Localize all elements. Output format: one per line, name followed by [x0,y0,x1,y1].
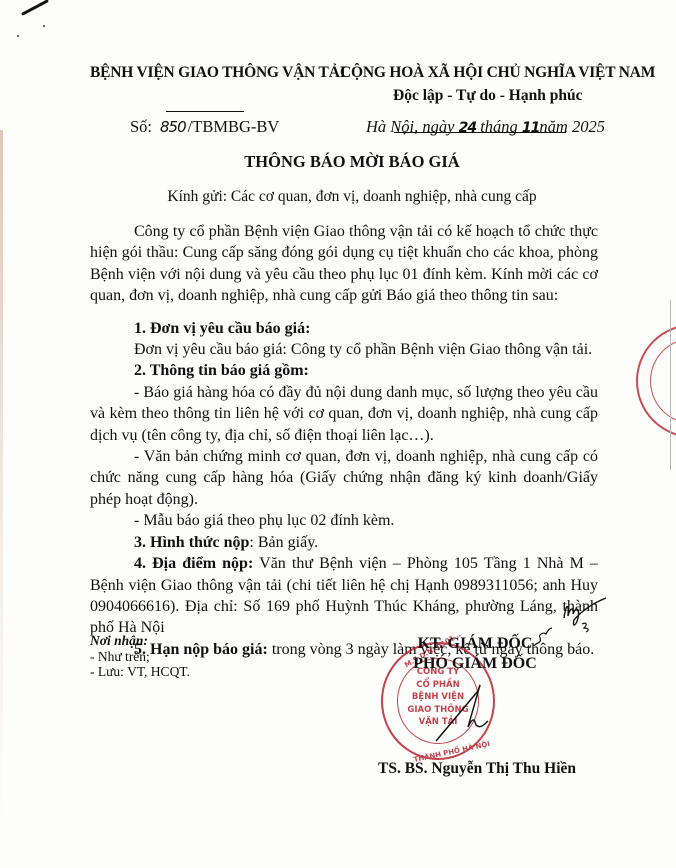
document-number-value: 850 [160,118,186,136]
place-prefix: Hà Nội, ngày [366,117,454,136]
pen-mark [21,0,49,16]
section-2-item: - Mẫu báo giá theo phụ lục 02 đính kèm. [90,510,598,531]
signature-block: KT. GIÁM ĐỐC PHÓ GIÁM ĐỐC [370,634,580,674]
issuing-organization: BỆNH VIỆN GIAO THÔNG VẬN TẢI [90,64,346,82]
section-2-item: - Báo giá hàng hóa có đầy đủ nội dung da… [90,382,598,446]
section-3: 3. Hình thức nộp: Bản giấy. [90,532,598,553]
signature-title-1: KT. GIÁM ĐỐC [370,634,580,654]
country-name: CỘNG HOÀ XÃ HỘI CHỦ NGHĨA VIỆT NAM [340,64,655,82]
recipient-item: - Lưu: VT, HCQT. [90,664,190,680]
section-2-item: - Văn bản chứng minh cơ quan, đơn vị, do… [90,446,598,510]
handwritten-signature [430,665,520,745]
place-date: Hà Nội, ngày 24 tháng 11năm 2025 [366,117,605,137]
national-motto: Độc lập - Tự do - Hạnh phúc [393,87,582,105]
section-2-heading: 2. Thông tin báo giá gồm: [90,360,598,381]
document-title: THÔNG BÁO MỜI BÁO GIÁ [0,152,676,172]
recipients-label: Nơi nhận: [90,633,190,649]
signer-name: TS. BS. Nguyễn Thị Thu Hiền [378,760,576,778]
recipient-item: - Như trên; [90,649,190,665]
signature-title-2: PHÓ GIÁM ĐỐC [370,654,580,674]
intro-paragraph: Công ty cổ phần Bệnh viện Giao thông vận… [90,221,598,307]
organization-underline [166,111,244,112]
date-day: 24 [459,120,476,136]
page-fold-line [670,300,671,470]
recipient-line: Kính gửi: Các cơ quan, đơn vị, doanh ngh… [0,188,676,206]
year-label: năm 2025 [539,117,605,136]
document-page: BỆNH VIỆN GIAO THÔNG VẬN TẢI CỘNG HOÀ XÃ… [0,0,676,868]
month-label: tháng [480,117,518,136]
section-4: 4. Địa điểm nộp: Văn thư Bệnh viện – Phò… [90,553,598,639]
seal-center-text: CÔNG TY CỔ PHẦN BỆNH VIỆN GIAO THÔNG VẬN… [383,666,493,729]
scan-speck [17,35,19,37]
document-body: Công ty cổ phần Bệnh viện Giao thông vận… [90,221,598,660]
section-1-text: Đơn vị yêu cầu báo giá: Công ty cổ phần … [90,339,598,360]
document-number: Số:850/TBMBG-BV [130,117,279,137]
document-number-code: /TBMBG-BV [188,117,280,136]
scan-edge-shadow [0,130,3,830]
date-month: 11 [522,120,539,136]
document-number-label: Số: [130,117,152,136]
scan-speck [43,25,45,27]
section-1-heading: 1. Đơn vị yêu cầu báo giá: [90,318,598,339]
recipients-block: Nơi nhận: - Như trên; - Lưu: VT, HCQT. [90,633,190,680]
